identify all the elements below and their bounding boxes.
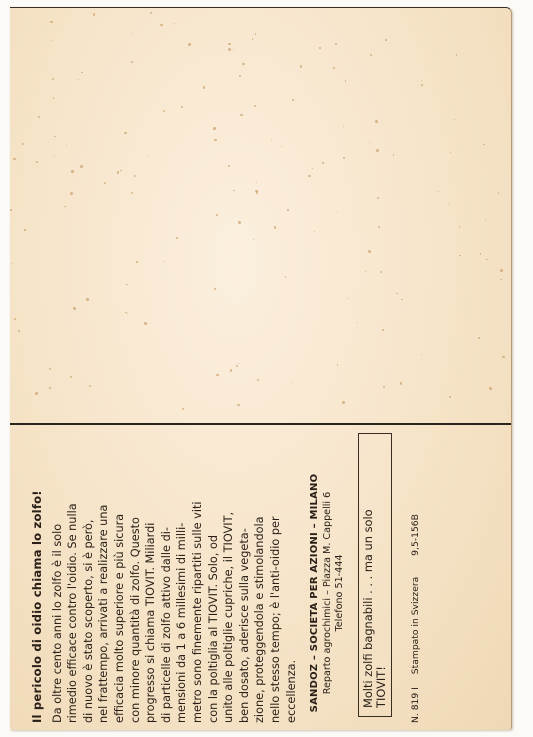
paper-speck — [449, 396, 451, 398]
paper-speck — [485, 220, 486, 221]
text-panel-rotated: Il pericolo di oidio chiama lo zolfo! Da… — [30, 428, 510, 723]
paper-speck — [144, 322, 147, 325]
paper-speck — [287, 209, 288, 210]
paper-speck — [500, 279, 501, 280]
body-line: con minore quantità di zolfo. Questo — [128, 428, 144, 723]
paper-speck — [80, 165, 83, 168]
paper-speck — [380, 271, 382, 273]
paper-speck — [176, 237, 178, 239]
paper-speck — [136, 261, 138, 263]
paper-speck — [292, 99, 294, 101]
paper-speck — [238, 221, 241, 224]
body-line: eccellenza. — [284, 428, 300, 723]
paper-speck — [50, 21, 52, 23]
paper-speck — [182, 408, 185, 411]
paper-speck — [181, 106, 183, 108]
body-line: unito alle poltiglie cupriche, il TIOVIT… — [221, 428, 237, 723]
paper-speck — [448, 203, 449, 204]
paper-speck — [216, 214, 218, 216]
paper-speck — [126, 284, 127, 285]
paper-speck — [342, 401, 345, 404]
paper-speck — [375, 120, 378, 123]
headline: Il pericolo di oidio chiama lo zolfo! — [30, 428, 46, 723]
body-line: ben dosato, aderisce sulla vegeta- — [237, 428, 253, 723]
company-info: SANDOZ – SOCIETA PER AZIONI – MILANO Rep… — [309, 463, 346, 723]
paper-speck — [93, 13, 96, 16]
paper-speck — [233, 190, 235, 192]
paper-speck — [147, 155, 149, 157]
body-line: rimedio efficace contro l'oidio. Se null… — [65, 428, 81, 723]
paper-speck — [104, 182, 106, 184]
paper-speck — [438, 191, 439, 192]
paper-speck — [256, 182, 257, 183]
paper-speck — [382, 329, 384, 331]
paper-speck — [54, 136, 56, 138]
paper-speck — [333, 67, 334, 68]
body-line: Da oltre cento anni lo zolfo è il solo — [50, 428, 66, 723]
paper-speck — [281, 146, 282, 147]
paper-speck — [214, 139, 217, 142]
paper-speck — [421, 80, 422, 81]
paper-speck — [285, 276, 287, 278]
paper-speck — [54, 155, 55, 156]
postcard: Il pericolo di oidio chiama lo zolfo! Da… — [10, 7, 512, 730]
paper-speck — [308, 175, 311, 178]
paper-speck — [421, 354, 422, 355]
paper-speck — [450, 152, 451, 153]
paper-speck — [240, 114, 243, 117]
paper-speck — [228, 165, 230, 167]
paper-speck — [36, 161, 38, 163]
paper-speck — [203, 86, 205, 88]
paper-speck — [252, 38, 254, 40]
paper-speck — [335, 43, 337, 45]
paper-speck — [117, 171, 119, 173]
paper-speck — [401, 299, 403, 301]
paper-speck — [400, 382, 402, 384]
paper-speck — [378, 226, 380, 228]
company-phone: Telefono 51-444 — [334, 463, 346, 723]
paper-speck — [24, 229, 26, 231]
paper-speck — [10, 209, 12, 211]
paper-speck — [383, 386, 385, 388]
paper-speck — [81, 72, 83, 74]
paper-speck — [131, 192, 133, 194]
paper-speck — [18, 330, 20, 332]
paper-speck — [237, 404, 240, 407]
fold-divider-line — [10, 423, 511, 425]
paper-speck — [124, 132, 127, 135]
paper-speck — [163, 261, 164, 262]
paper-speck — [456, 54, 458, 56]
paper-speck — [385, 39, 387, 41]
paper-speck — [51, 40, 52, 41]
paper-speck — [454, 119, 455, 120]
paper-speck — [486, 259, 488, 261]
paper-speck — [150, 12, 152, 14]
paper-speck — [337, 211, 338, 212]
paper-speck — [53, 97, 54, 98]
paper-speck — [368, 250, 371, 253]
paper-speck — [347, 298, 348, 299]
paper-speck — [396, 293, 397, 294]
paper-speck — [343, 126, 344, 127]
paper-speck — [343, 157, 345, 159]
paper-speck — [35, 392, 38, 395]
paper-speck — [12, 263, 13, 264]
company-address: Reparto agrochimici – Piazza M. Cappelli… — [322, 463, 334, 723]
paper-speck — [393, 154, 395, 156]
printed-in: Stampato in Svizzera — [410, 577, 421, 674]
body-line: efficacia molto superiore e più sicura — [112, 428, 128, 723]
paper-speck — [52, 78, 54, 80]
paper-speck — [322, 162, 324, 164]
body-line: nel frattempo, arrivati a realizzare una — [96, 428, 112, 723]
paper-speck — [230, 369, 232, 371]
card-number: N. 819 I — [410, 687, 421, 723]
paper-speck — [64, 206, 66, 208]
paper-speck — [502, 356, 505, 359]
paper-speck — [459, 255, 461, 257]
paper-speck — [73, 307, 76, 310]
paper-speck — [370, 54, 372, 56]
paper-speck — [131, 61, 133, 63]
paper-speck — [377, 197, 379, 199]
body-line: metro sono finemente ripartiti sulle vit… — [190, 428, 206, 723]
paper-speck — [421, 84, 423, 86]
paper-speck — [480, 253, 481, 254]
paper-speck — [292, 382, 293, 383]
paper-speck — [213, 127, 216, 130]
paper-speck — [271, 140, 272, 141]
paper-speck — [498, 192, 499, 193]
paper-speck — [239, 75, 241, 77]
body-line: progresso si chiama TIOVIT. Miliardi — [143, 428, 159, 723]
paper-speck — [214, 288, 216, 290]
paper-speck — [14, 318, 16, 320]
paper-speck — [483, 144, 485, 146]
paper-speck — [254, 105, 256, 107]
body-line: zione, proteggendola e stimolandola — [252, 428, 268, 723]
paper-speck — [188, 43, 191, 46]
paper-speck — [236, 365, 238, 367]
paper-speck — [312, 168, 313, 169]
slogan-line-2: TIOVIT! — [375, 442, 388, 708]
body-text: Da oltre cento anni lo zolfo è il solo r… — [50, 428, 300, 723]
paper-speck — [89, 385, 91, 387]
paper-speck — [127, 313, 128, 314]
paper-speck — [228, 48, 231, 51]
paper-speck — [300, 65, 302, 67]
paper-speck — [66, 145, 67, 146]
paper-speck — [228, 43, 231, 46]
paper-speck — [49, 368, 51, 370]
paper-speck — [376, 149, 379, 152]
paper-speck — [22, 143, 24, 145]
paper-speck — [319, 47, 321, 49]
body-line: con la poltiglia al TIOVIT. Solo, od — [206, 428, 222, 723]
body-line: mensioni da 1 a 6 millesimi di milli- — [174, 428, 190, 723]
paper-speck — [233, 49, 234, 50]
print-code: 9,5-156B — [410, 514, 421, 556]
company-name: SANDOZ – SOCIETA PER AZIONI – MILANO — [309, 463, 321, 723]
paper-speck — [38, 116, 40, 118]
paper-speck — [163, 110, 165, 112]
paper-speck — [160, 24, 162, 26]
paper-speck — [500, 269, 503, 272]
paper-speck — [255, 33, 257, 35]
paper-speck — [489, 387, 492, 390]
body-line: nello stesso tempo; è l'anti-oidio per — [268, 428, 284, 723]
paper-speck — [478, 337, 480, 339]
paper-speck — [314, 231, 315, 232]
paper-speck — [120, 170, 121, 171]
print-footer: N. 819 I Stampato in Svizzera 9,5-156B — [408, 428, 424, 723]
paper-speck — [345, 80, 346, 81]
paper-speck — [459, 226, 461, 228]
paper-speck — [174, 23, 175, 24]
paper-speck — [274, 226, 277, 229]
paper-speck — [13, 158, 15, 160]
paper-speck — [134, 175, 136, 177]
paper-speck — [357, 322, 358, 323]
paper-speck — [238, 363, 239, 364]
paper-speck — [71, 170, 74, 173]
paper-speck — [369, 142, 370, 143]
paper-speck — [70, 192, 73, 195]
paper-speck — [86, 298, 88, 300]
paper-speck — [253, 239, 254, 240]
paper-speck — [49, 387, 50, 388]
slogan-box: Molti zolfi bagnabili . . . ma un solo T… — [358, 433, 392, 717]
paper-speck — [256, 191, 258, 193]
paper-speck — [242, 63, 245, 66]
paper-speck — [216, 374, 218, 376]
body-line: di particelle di zolfo attivo dalle di- — [159, 428, 175, 723]
paper-speck — [337, 364, 338, 365]
paper-speck — [257, 379, 259, 381]
paper-speck — [131, 33, 133, 35]
body-line: di nuovo è stato scoperto, si è però, — [81, 428, 97, 723]
paper-speck — [365, 271, 367, 273]
paper-speck — [70, 376, 72, 378]
paper-speck — [78, 79, 79, 80]
